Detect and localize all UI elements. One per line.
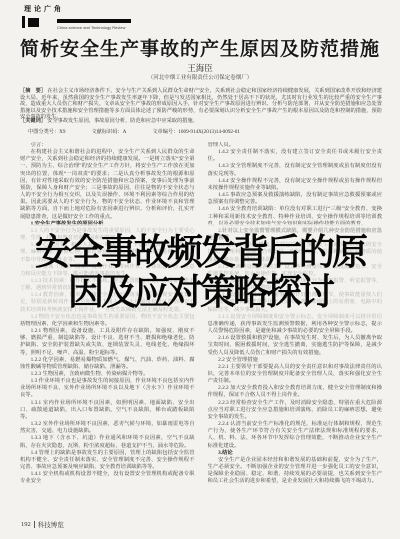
body-paragraph: 2.2.1 主要领导干部要提高人员的安全责任意识和对事故法律责任的认识，完善本单… bbox=[208, 364, 383, 385]
body-paragraph: 2.2.2 加大安全教育投入和安全教育培训力度，健全安全管理制度和操作规程，保证… bbox=[208, 385, 383, 399]
body-paragraph: 2.2 安全管理措施 bbox=[208, 357, 383, 364]
abstract-block: ［摘 要］ 在社会主义市场经济条件下，安全与生产关系到人民群众生命财产安全，关系… bbox=[20, 88, 382, 121]
body-paragraph: 安全生产是企业固本经营和和谐发展的基础和前提，安全为了生产，生产必须安全。不断加… bbox=[208, 457, 383, 486]
body-paragraph: 2.1.6 设置救援和救护设施，在事故发生时、发生后，为人员撤离争取宝贵时间、脱… bbox=[208, 335, 383, 356]
scanned-journal-page: 理论广角 China science and Technology Review… bbox=[0, 0, 400, 539]
footer-separator bbox=[34, 521, 35, 528]
body-paragraph: 1.4 管理上的缺陷是事故发生的主要原因，管理上的缺陷包括安全监管机构不健全、安… bbox=[20, 450, 195, 471]
body-paragraph: 1.4.5 事故应急预案及救援演练缺陷，没有制定事故应急救援预案或应急预案有待调… bbox=[208, 192, 383, 206]
abstract-text: 在社会主义市场经济条件下，安全与生产关系到人民群众生命财产安全，关系到社会稳定和… bbox=[20, 88, 382, 120]
journal-logo-icon bbox=[22, 16, 39, 28]
headline-overlay: 安全事故频发背后的原 因及应对策略探讨 bbox=[0, 224, 400, 321]
footer-journal-name: 科技博览 bbox=[38, 520, 64, 529]
author-affiliation: （河北中烟工业有限责任公司保定卷烟厂） bbox=[0, 73, 400, 81]
body-paragraph: 2.2.3 经常检查安全生产工作，及时消除安全隐患，特别在重大危险源点应当对职工… bbox=[208, 400, 383, 421]
journal-logo-mark bbox=[28, 18, 39, 27]
page-footer: 192 科技博览 bbox=[21, 520, 64, 529]
article-body: 引言：在构建社会主义和谐社会的进程中，安全生产关系到人民群众的生命财产安全，关系… bbox=[20, 142, 382, 514]
body-paragraph: 1.4.4 安全操作规程不完善，没有制定安全操作规程或虽有操作规程但未按操作规程… bbox=[208, 178, 383, 192]
page-number: 192 bbox=[21, 521, 31, 528]
journal-logo-bar bbox=[22, 16, 25, 28]
clc-number: 中图分类号：X9 bbox=[28, 128, 65, 135]
keywords-text: 安全事故发生原因，事故原因分析，防范和应急中应采取的措施。 bbox=[47, 118, 197, 124]
article-title: 简析安全生产事故的产生原因及防范措施 bbox=[0, 34, 400, 61]
body-paragraph: 1.2.2 化学因素，易燃易爆物质如燃气、煤气、汽油、炸药、油料、腐蚀性酸碱等物… bbox=[20, 357, 195, 371]
keywords-label: ［关键词］ bbox=[20, 118, 46, 124]
overlay-headline-line2: 因及应对策略探讨 bbox=[68, 273, 332, 313]
right-column: 管理人员。1.4.2 安全责任制不落实，没有建立签订安全责任书或未履行安全责任。… bbox=[208, 142, 383, 514]
document-code: 文献标识码：A bbox=[91, 128, 126, 135]
journal-english-name: China science and Technology Review bbox=[57, 25, 125, 30]
masthead-divider-bar bbox=[57, 19, 131, 23]
body-paragraph: 1.3.1 室内作业场所环境不良因素，如照明因素、地面缺陷、安全出口、疏散通道缺… bbox=[20, 400, 195, 421]
body-paragraph: 在构建社会主义和谐社会的进程中，安全生产关系到人民群众的生命财产安全，关系到社会… bbox=[20, 149, 195, 221]
left-column: 引言：在构建社会主义和谐社会的进程中，安全生产关系到人民群众的生命财产安全，关系… bbox=[20, 142, 195, 514]
body-paragraph: 1.4.2 安全责任制不落实，没有建立签订安全责任书或未履行安全责任。 bbox=[208, 149, 383, 163]
abstract-label: ［摘 要］ bbox=[20, 88, 46, 94]
body-paragraph: 3.结论 bbox=[208, 450, 383, 457]
body-paragraph: 1.4.1 安全机构或机构设置不健全，没有设置安全管理机构或配备专职专业安全 bbox=[20, 471, 195, 485]
article-id: 文章编号：1009-914X(2013)14-0092-01 bbox=[152, 128, 240, 135]
body-paragraph: 1.2.1 物理因素，设备设施、工具及附件存在缺陷，如强度、刚度不够、磨损严重、… bbox=[20, 328, 195, 357]
body-paragraph: 1.4.3 安全管理制度不完善，没有制定安全管理制度或虽有制度但没有落实兑现等。 bbox=[208, 163, 383, 177]
overlay-headline-line1: 安全事故频发背后的原 bbox=[35, 233, 365, 273]
article-meta-line: 中图分类号：X9 文献标识码：A 文章编号：1009-914X(2013)14-… bbox=[28, 128, 382, 135]
keywords-block: ［关键词］ 安全事故发生原因，事故原因分析，防范和应急中应采取的措施。 bbox=[20, 118, 382, 125]
section-label: 理论广角 bbox=[24, 4, 64, 14]
body-paragraph: 1.3.3 地下（含水下、坑道）作业通风和环境不良因素，空气不良缺陷，存在火灾隐… bbox=[20, 435, 195, 449]
body-paragraph: 1.3 作业环境不良也是事故发生的间接原因，作业环境不良包括室内作业场所环境不良… bbox=[20, 378, 195, 399]
body-paragraph: 1.3.2 室外作业场所环境不良因素，恶劣气候与环境，如暴雨雷电等自然灾害，交通… bbox=[20, 421, 195, 435]
body-paragraph: 2.2.4 认清当前安全生产标准化的规范，标准运行体制和规程，规范生产行为，使各… bbox=[208, 421, 383, 450]
